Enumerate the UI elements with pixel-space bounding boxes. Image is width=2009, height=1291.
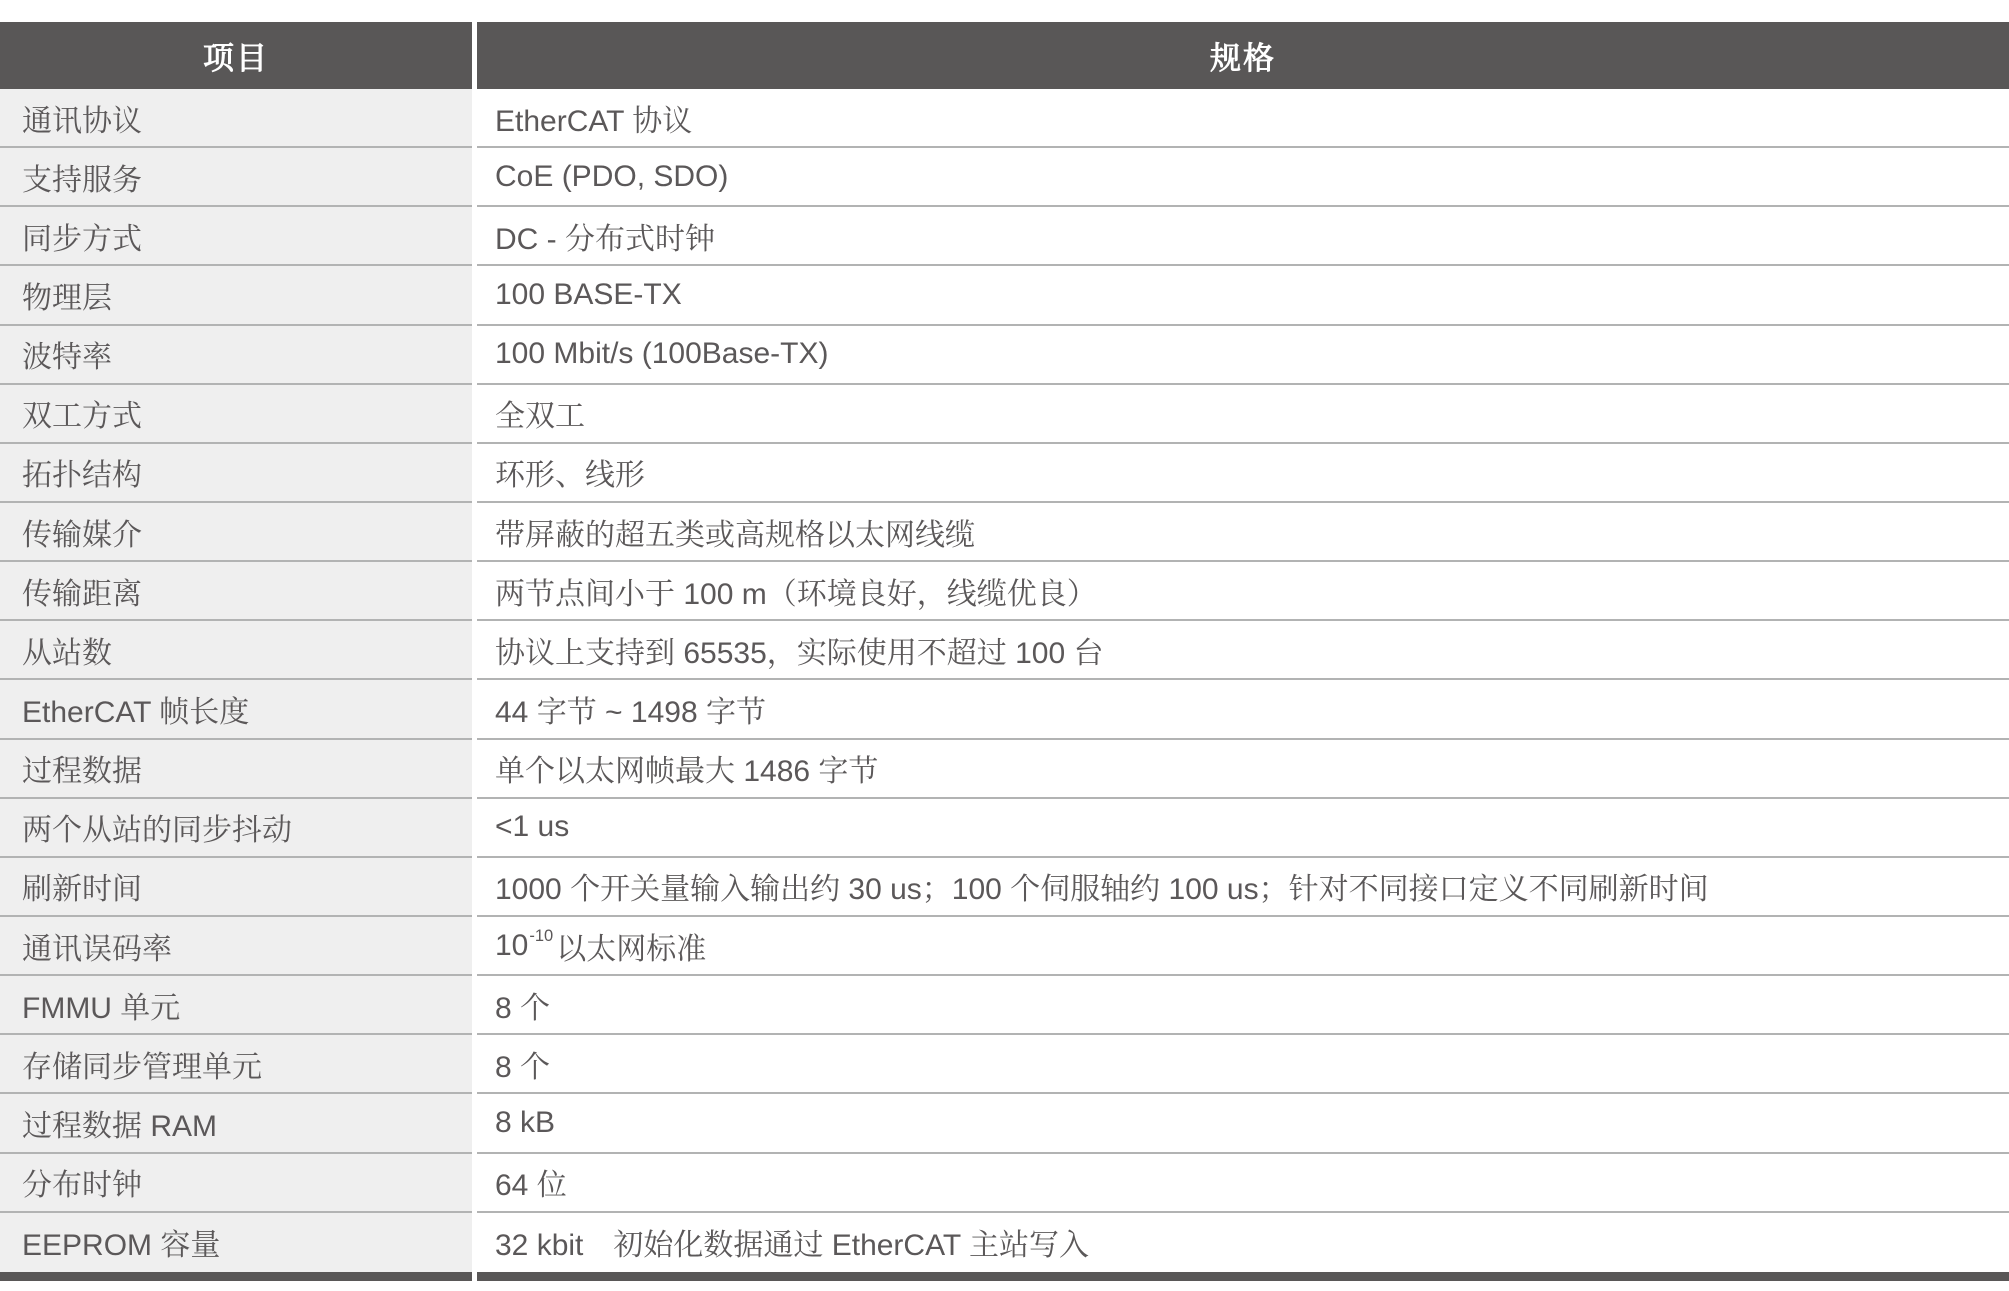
table-row: 过程数据单个以太网帧最大 1486 字节 [0,740,2009,799]
item-cell: FMMU 单元 [0,976,472,1035]
item-cell: 波特率 [0,326,472,385]
spec-cell: 10-10 以太网标准 [477,917,2009,976]
table-row: EtherCAT 帧长度44 字节 ~ 1498 字节 [0,680,2009,739]
spec-cell: 带屏蔽的超五类或高规格以太网线缆 [477,503,2009,562]
item-cell: 存储同步管理单元 [0,1035,472,1094]
bottom-border-right [477,1272,2009,1281]
item-cell: 拓扑结构 [0,444,472,503]
spec-cell: 两节点间小于 100 m（环境良好，线缆优良） [477,562,2009,621]
table-row: 传输距离两节点间小于 100 m（环境良好，线缆优良） [0,562,2009,621]
item-cell: 从站数 [0,621,472,680]
item-cell: 刷新时间 [0,858,472,917]
bottom-border-left [0,1272,472,1281]
table-row: 两个从站的同步抖动<1 us [0,799,2009,858]
table-row: EEPROM 容量32 kbit 初始化数据通过 EtherCAT 主站写入 [0,1213,2009,1272]
spec-cell: 协议上支持到 65535，实际使用不超过 100 台 [477,621,2009,680]
spec-cell: 全双工 [477,385,2009,444]
table-row: 从站数协议上支持到 65535，实际使用不超过 100 台 [0,621,2009,680]
page: 项目 规格 通讯协议EtherCAT 协议支持服务CoE (PDO, SDO)同… [0,0,2009,1291]
table-row: 拓扑结构环形、线形 [0,444,2009,503]
table-row: 波特率100 Mbit/s (100Base-TX) [0,326,2009,385]
spec-cell: 环形、线形 [477,444,2009,503]
item-cell: EEPROM 容量 [0,1213,472,1272]
table-row: 双工方式全双工 [0,385,2009,444]
item-cell: 过程数据 [0,740,472,799]
item-cell: 传输媒介 [0,503,472,562]
spec-cell: DC - 分布式时钟 [477,207,2009,266]
item-cell: 两个从站的同步抖动 [0,799,472,858]
item-cell: 传输距离 [0,562,472,621]
table-row: 同步方式DC - 分布式时钟 [0,207,2009,266]
header-cell-item: 项目 [0,22,472,89]
item-cell: 支持服务 [0,148,472,207]
item-cell: 通讯误码率 [0,917,472,976]
item-cell: 过程数据 RAM [0,1094,472,1153]
table-row: 通讯协议EtherCAT 协议 [0,89,2009,148]
spec-cell: 8 kB [477,1094,2009,1153]
spec-cell: 44 字节 ~ 1498 字节 [477,680,2009,739]
spec-cell: 8 个 [477,1035,2009,1094]
spec-text: 10 [495,929,528,963]
item-cell: 分布时钟 [0,1154,472,1213]
spec-cell: 1000 个开关量输入输出约 30 us；100 个伺服轴约 100 us；针对… [477,858,2009,917]
spec-cell: CoE (PDO, SDO) [477,148,2009,207]
table-row: 存储同步管理单元8 个 [0,1035,2009,1094]
spec-cell: 8 个 [477,976,2009,1035]
table-row: 分布时钟64 位 [0,1154,2009,1213]
item-cell: 同步方式 [0,207,472,266]
spec-cell: 100 Mbit/s (100Base-TX) [477,326,2009,385]
item-cell: 双工方式 [0,385,472,444]
item-cell: EtherCAT 帧长度 [0,680,472,739]
spec-cell: 单个以太网帧最大 1486 字节 [477,740,2009,799]
table-row: 支持服务CoE (PDO, SDO) [0,148,2009,207]
spec-table: 项目 规格 通讯协议EtherCAT 协议支持服务CoE (PDO, SDO)同… [0,22,2009,1281]
table-row: 通讯误码率10-10 以太网标准 [0,917,2009,976]
table-header-row: 项目 规格 [0,22,2009,89]
table-row: FMMU 单元8 个 [0,976,2009,1035]
item-cell: 通讯协议 [0,89,472,148]
table-bottom-border [0,1272,2009,1281]
spec-cell: EtherCAT 协议 [477,89,2009,148]
header-cell-spec: 规格 [477,22,2009,89]
table-row: 过程数据 RAM8 kB [0,1094,2009,1153]
spec-text: 以太网标准 [556,924,706,968]
spec-cell: 32 kbit 初始化数据通过 EtherCAT 主站写入 [477,1213,2009,1272]
table-row: 刷新时间1000 个开关量输入输出约 30 us；100 个伺服轴约 100 u… [0,858,2009,917]
spec-cell: <1 us [477,799,2009,858]
spec-cell: 64 位 [477,1154,2009,1213]
table-body: 通讯协议EtherCAT 协议支持服务CoE (PDO, SDO)同步方式DC … [0,89,2009,1272]
table-row: 物理层100 BASE-TX [0,266,2009,325]
spec-cell: 100 BASE-TX [477,266,2009,325]
item-cell: 物理层 [0,266,472,325]
table-row: 传输媒介带屏蔽的超五类或高规格以太网线缆 [0,503,2009,562]
